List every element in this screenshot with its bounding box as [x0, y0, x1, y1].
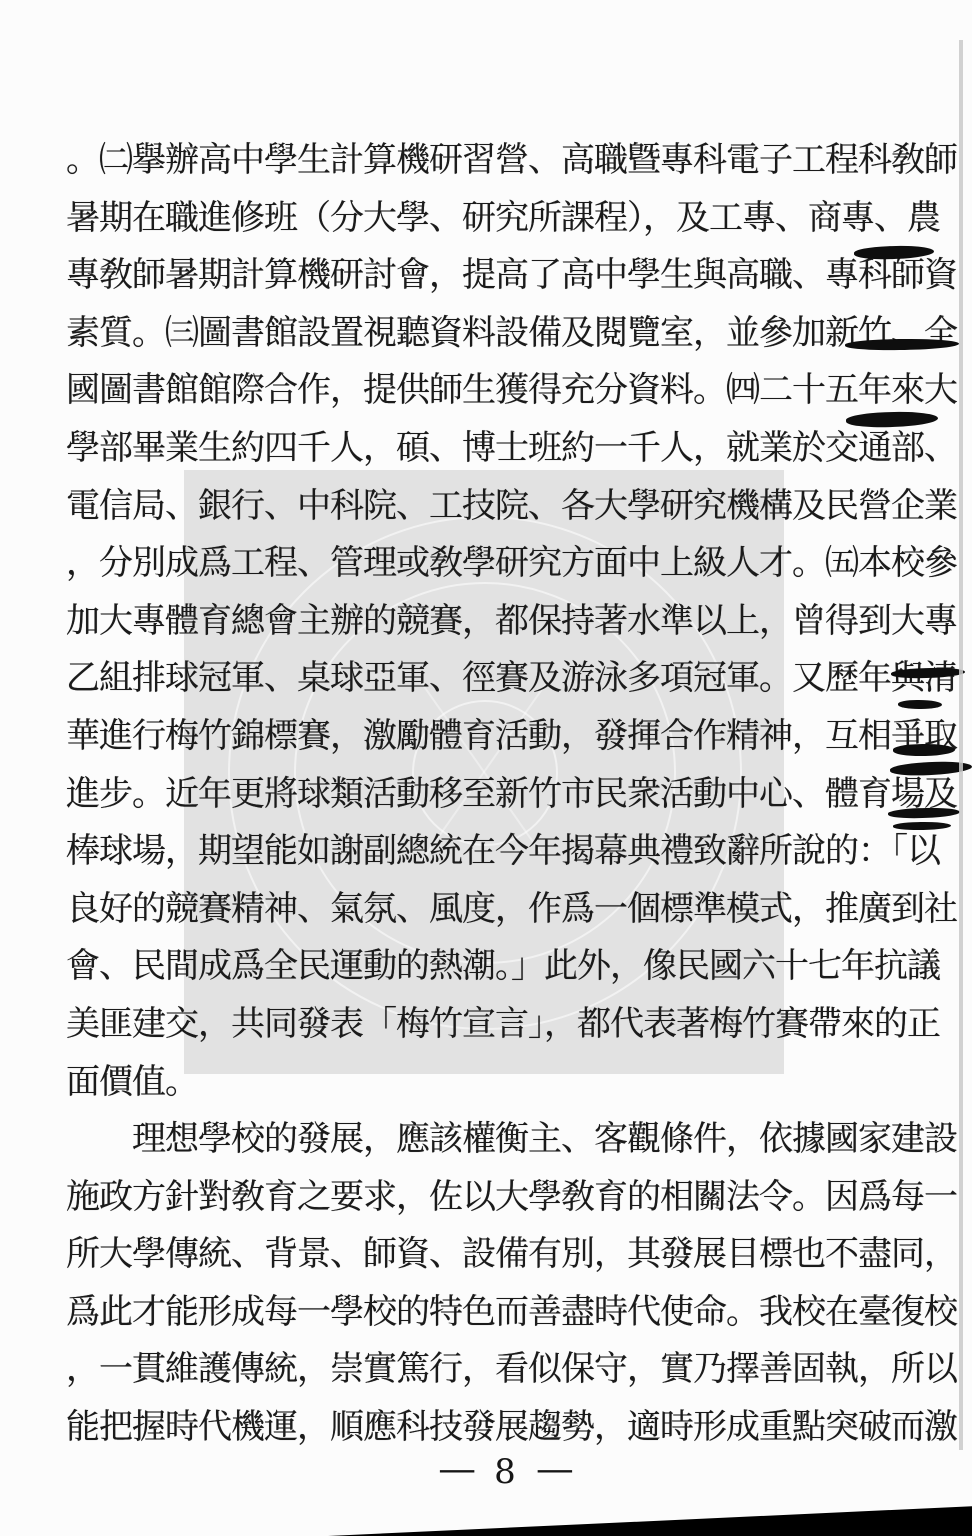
scan-artifact-corner: [328, 1501, 972, 1536]
text-line: ，一貫維護傳統，崇實篤行，看似保守，實乃擇善固執，所以: [66, 1341, 962, 1399]
text-line: 理想學校的發展，應該權衡主、客觀條件，依據國家建設: [66, 1111, 962, 1169]
text-line: 爲此才能形成每一學校的特色而善盡時代使命。我校在臺復校: [66, 1284, 962, 1342]
text-line: 美匪建交，共同發表「梅竹宣言」，都代表著梅竹賽帶來的正: [66, 996, 962, 1054]
text-line: 國圖書館館際合作，提供師生獲得充分資料。㈣二十五年來大: [66, 362, 962, 420]
text-line: 華進行梅竹錦標賽，激勵體育活動，發揮合作精神，互相爭取: [66, 708, 962, 766]
text-line: 專敎師暑期計算機研討會，提高了高中學生與高職、專科師資: [66, 247, 962, 305]
page-text: 。㈡擧辦高中學生計算機研習營、高職曁專科電子工程科敎師暑期在職進修班（分大學、研…: [66, 132, 962, 1457]
text-line: 學部畢業生約四千人，碩、博士班約一千人，就業於交通部、: [66, 420, 962, 478]
footer-number: 8: [494, 1452, 516, 1492]
text-line: 電信局、銀行、中科院、工技院、各大學研究機構及民營企業: [66, 478, 962, 536]
text-line: 面價值。: [66, 1054, 962, 1112]
ink-smudge: [898, 700, 942, 709]
text-line: 。㈡擧辦高中學生計算機研習營、高職曁專科電子工程科敎師: [66, 132, 962, 190]
text-line: 棒球場，期望能如謝副總統在今年揭幕典禮致辭所說的：「以: [66, 823, 962, 881]
text-line: 所大學傳統、背景、師資、設備有別，其發展目標也不盡同，: [66, 1226, 962, 1284]
text-line: ，分別成爲工程、管理或敎學研究方面中上級人才。㈤本校參: [66, 535, 962, 593]
text-line: 加大專體育總會主辦的競賽，都保持著水準以上，曾得到大專: [66, 593, 962, 651]
text-line: 進步。近年更將球類活動移至新竹市民衆活動中心、體育場及: [66, 766, 962, 824]
text-line: 良好的競賽精神、氣氛、風度，作爲一個標準模式，推廣到社: [66, 881, 962, 939]
text-line: 能把握時代機運，順應科技發展趨勢，適時形成重點突破而激: [66, 1399, 962, 1457]
text-line: 會、民間成爲全民運動的熱潮。」此外，像民國六十七年抗議: [66, 938, 962, 996]
footer-dash: —: [538, 1450, 570, 1488]
text-line: 暑期在職進修班（分大學、研究所課程），及工專、商專、農: [66, 190, 962, 248]
page-number: —8—: [0, 1452, 972, 1492]
text-line: 施政方針對敎育之要求，佐以大學敎育的相關法令。因爲每一: [66, 1169, 962, 1227]
footer-dash: —: [440, 1450, 472, 1488]
text-line: 素質。㈢圖書館設置視聽資料設備及閱覽室，並參加新竹、全: [66, 305, 962, 363]
text-line: 乙組排球冠軍、桌球亞軍、徑賽及游泳多項冠軍。又歷年與清: [66, 650, 962, 708]
document-page: 。㈡擧辦高中學生計算機研習營、高職曁專科電子工程科敎師暑期在職進修班（分大學、研…: [0, 0, 972, 1536]
page-edge-shadow: [959, 40, 963, 1450]
